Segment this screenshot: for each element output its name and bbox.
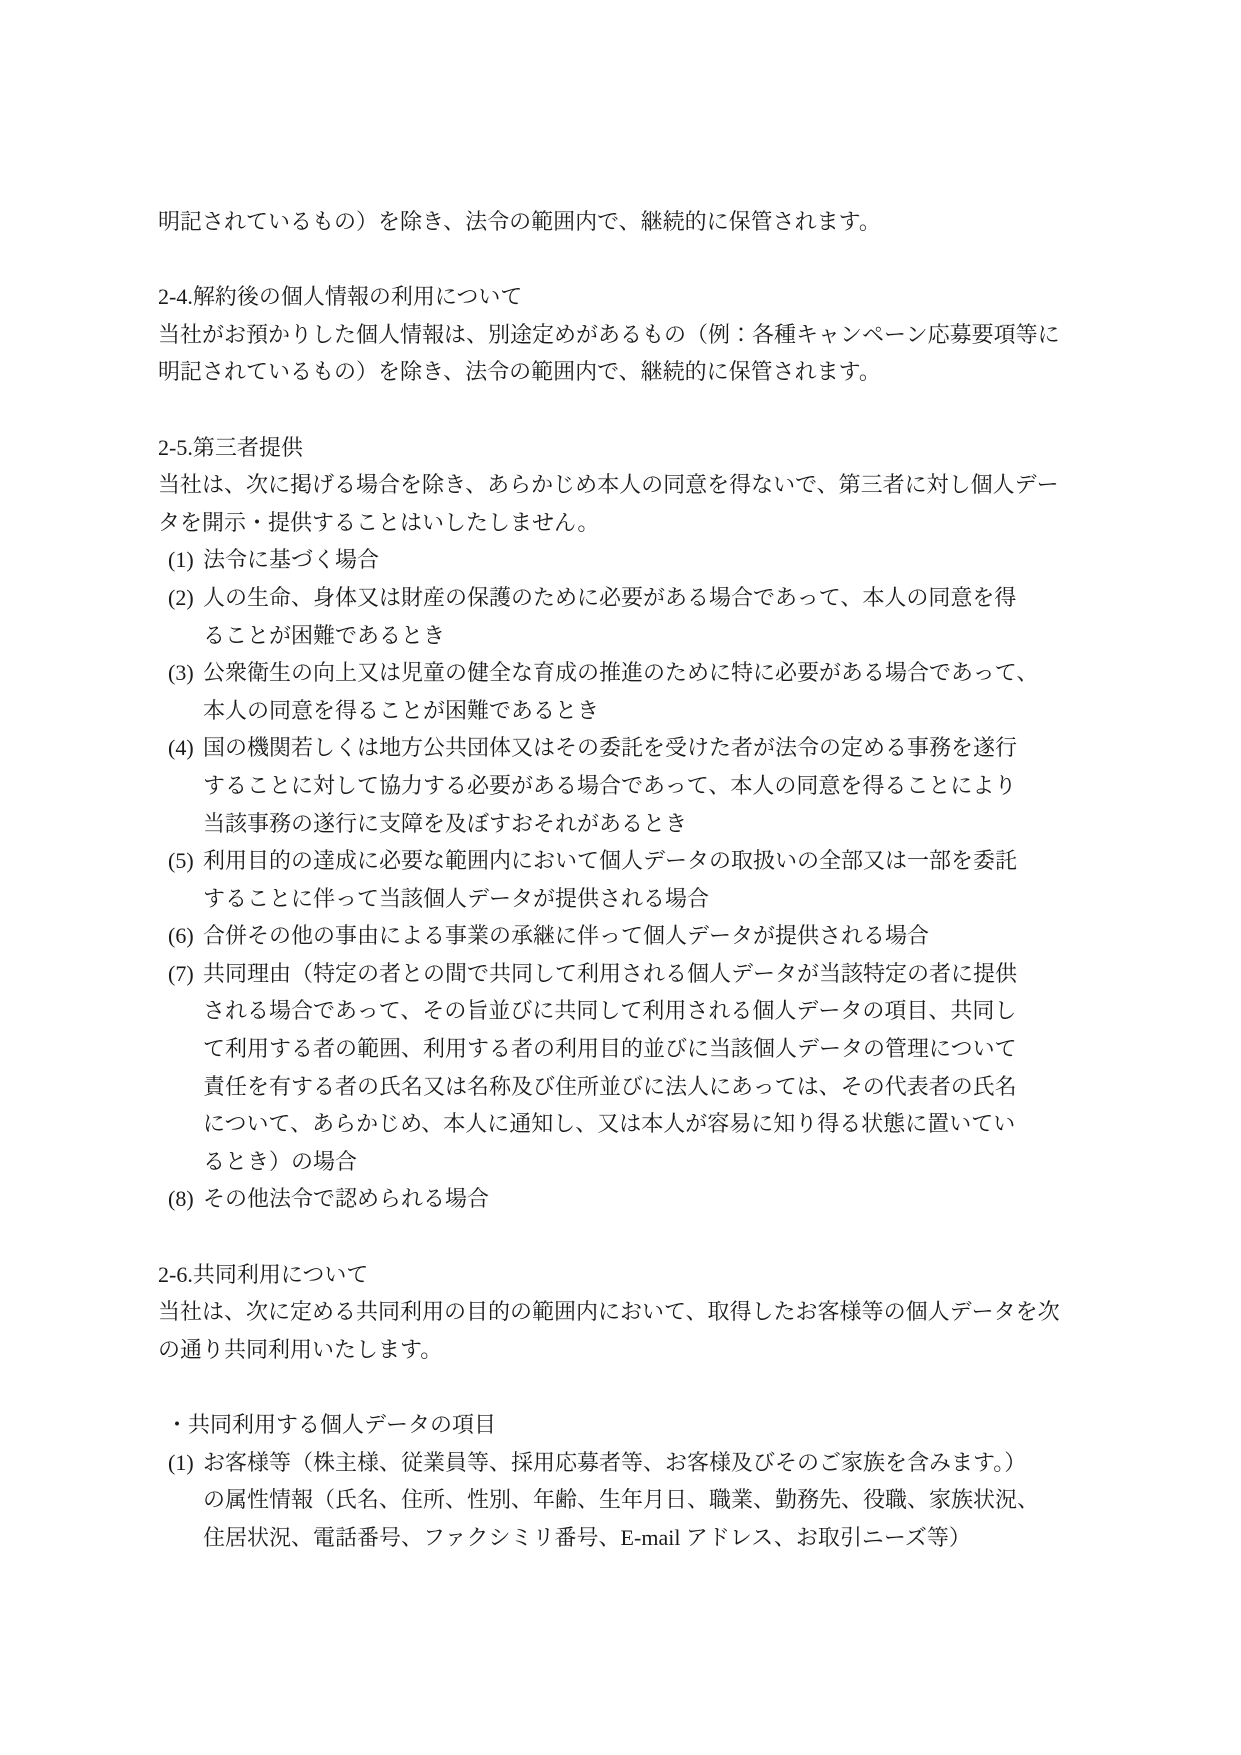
- section-heading-2-5: 2-5.第三者提供: [158, 429, 1146, 467]
- list-item-text: お客様等（株主様、従業員等、採用応募者等、お客様及びそのご家族を含みます。） の…: [203, 1444, 1146, 1557]
- section-heading-2-6: 2-6.共同利用について: [158, 1256, 1146, 1294]
- list-item-text: 国の機関若しくは地方公共団体又はその委託を受けた者が法令の定める事務を遂行 する…: [203, 729, 1146, 842]
- section-2-5-list: (1) 法令に基づく場合 (2) 人の生命、身体又は財産の保護のために必要がある…: [158, 541, 1146, 1218]
- section-2-6-subheading: ・共同利用する個人データの項目: [158, 1406, 1146, 1444]
- list-item-3: (3) 公衆衛生の向上又は児童の健全な育成の推進のために特に必要がある場合であっ…: [158, 654, 1146, 729]
- carryover-paragraph-line: 明記されているもの）を除き、法令の範囲内で、継続的に保管されます。: [158, 203, 1146, 241]
- section-2-6-list: (1) お客様等（株主様、従業員等、採用応募者等、お客様及びそのご家族を含みます…: [158, 1444, 1146, 1557]
- list-item-text: 利用目的の達成に必要な範囲内において個人データの取扱いの全部又は一部を委託 する…: [203, 842, 1146, 917]
- list-item-text: 公衆衛生の向上又は児童の健全な育成の推進のために特に必要がある場合であって、 本…: [203, 654, 1146, 729]
- section-heading-2-4: 2-4.解約後の個人情報の利用について: [158, 278, 1146, 316]
- list-item-5: (5) 利用目的の達成に必要な範囲内において個人データの取扱いの全部又は一部を委…: [158, 842, 1146, 917]
- list-item-1: (1) 法令に基づく場合: [158, 541, 1146, 579]
- section-2-5-body: 当社は、次に掲げる場合を除き、あらかじめ本人の同意を得ないで、第三者に対し個人デ…: [158, 466, 1146, 541]
- list-item-8: (8) その他法令で認められる場合: [158, 1180, 1146, 1218]
- list-item-text: 合併その他の事由による事業の承継に伴って個人データが提供される場合: [203, 917, 1146, 955]
- list-item-6: (6) 合併その他の事由による事業の承継に伴って個人データが提供される場合: [158, 917, 1146, 955]
- list-item-number: (7): [158, 955, 203, 993]
- list-item-7: (7) 共同理由（特定の者との間で共同して利用される個人データが当該特定の者に提…: [158, 955, 1146, 1181]
- section-2-4-body: 当社がお預かりした個人情報は、別途定めがあるもの（例：各種キャンペーン応募要項等…: [158, 316, 1146, 391]
- list-item-number: (3): [158, 654, 203, 692]
- document-content: 明記されているもの）を除き、法令の範囲内で、継続的に保管されます。 2-4.解約…: [0, 0, 1241, 1556]
- list-item-text: 人の生命、身体又は財産の保護のために必要がある場合であって、本人の同意を得 るこ…: [203, 579, 1146, 654]
- list-item-text: 法令に基づく場合: [203, 541, 1146, 579]
- document-page: 明記されているもの）を除き、法令の範囲内で、継続的に保管されます。 2-4.解約…: [0, 0, 1241, 1755]
- list-item-number: (2): [158, 579, 203, 617]
- list-item-number: (1): [158, 541, 203, 579]
- list-item-text: その他法令で認められる場合: [203, 1180, 1146, 1218]
- list-item-text: 共同理由（特定の者との間で共同して利用される個人データが当該特定の者に提供 され…: [203, 955, 1146, 1181]
- list-item-number: (1): [158, 1444, 203, 1482]
- list-item-number: (8): [158, 1180, 203, 1218]
- list-item-1: (1) お客様等（株主様、従業員等、採用応募者等、お客様及びそのご家族を含みます…: [158, 1444, 1146, 1557]
- section-2-6-body: 当社は、次に定める共同利用の目的の範囲内において、取得したお客様等の個人データを…: [158, 1293, 1146, 1368]
- list-item-number: (5): [158, 842, 203, 880]
- list-item-2: (2) 人の生命、身体又は財産の保護のために必要がある場合であって、本人の同意を…: [158, 579, 1146, 654]
- list-item-number: (6): [158, 917, 203, 955]
- list-item-number: (4): [158, 729, 203, 767]
- list-item-4: (4) 国の機関若しくは地方公共団体又はその委託を受けた者が法令の定める事務を遂…: [158, 729, 1146, 842]
